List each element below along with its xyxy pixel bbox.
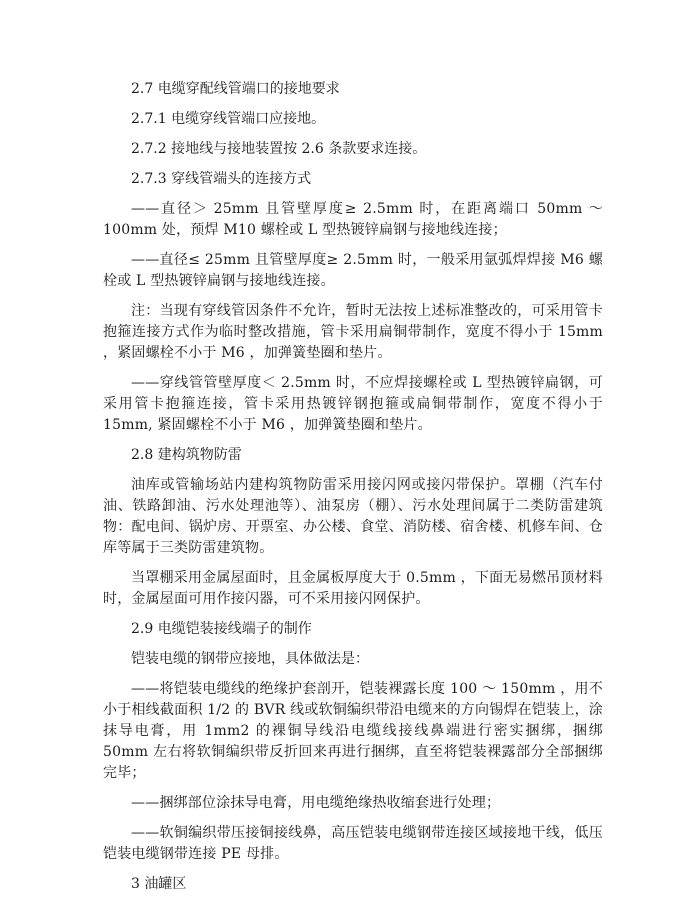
paragraph-diameter-under-25: ——直径≤ 25mm 且管壁厚度≥ 2.5mm 时，一般采用氩弧焊焊接 M6 螺… — [103, 250, 603, 292]
document-page: 2.7 电缆穿配线管端口的接地要求 2.7.1 电缆穿线管端口应接地。 2.7.… — [103, 79, 603, 904]
clause-2-7-1: 2.7.1 电缆穿线管端口应接地。 — [103, 109, 603, 130]
paragraph-lightning-classes: 油库或管输场站内建构筑物防雷采用接闪网或接闪带保护。罩棚（汽车付油、铁路卸油、污… — [103, 475, 603, 559]
section-heading-3: 3 油罐区 — [103, 874, 603, 895]
clause-2-7-3: 2.7.3 穿线管端头的连接方式 — [103, 169, 603, 190]
paragraph-armored-step-1: ——将铠装电缆线的绝缘护套剖开，铠装裸露长度 100 ～ 150mm ，用不小于… — [103, 679, 603, 784]
paragraph-thin-wall: ——穿线管管壁厚度＜ 2.5mm 时，不应焊接螺栓或 L 型热镀锌扁钢，可采用管… — [103, 373, 603, 436]
paragraph-armored-step-2: ——捆绑部位涂抹导电膏，用电缆绝缘热收缩套进行处理； — [103, 793, 603, 814]
section-heading-2-7: 2.7 电缆穿配线管端口的接地要求 — [103, 79, 603, 100]
paragraph-armored-intro: 铠装电缆的钢带应接地，具体做法是： — [103, 649, 603, 670]
paragraph-diameter-over-25: ——直径＞ 25mm 且管壁厚度≥ 2.5mm 时，在距离端口 50mm ～ 1… — [103, 199, 603, 241]
clause-2-7-2: 2.7.2 接地线与接地装置按 2.6 条款要求连接。 — [103, 139, 603, 160]
paragraph-armored-step-3: ——软铜编织带压接铜接线鼻，高压铠装电缆钢带连接区域接地干线，低压铠装电缆钢带连… — [103, 823, 603, 865]
section-heading-2-8: 2.8 建构筑物防雷 — [103, 445, 603, 466]
paragraph-metal-roof: 当罩棚采用金属屋面时，且金属板厚度大于 0.5mm ，下面无易燃吊顶材料时，金属… — [103, 568, 603, 610]
section-heading-2-9: 2.9 电缆铠装接线端子的制作 — [103, 619, 603, 640]
paragraph-note: 注：当现有穿线管因条件不允许，暂时无法按上述标准整改的，可采用管卡抱箍连接方式作… — [103, 301, 603, 364]
